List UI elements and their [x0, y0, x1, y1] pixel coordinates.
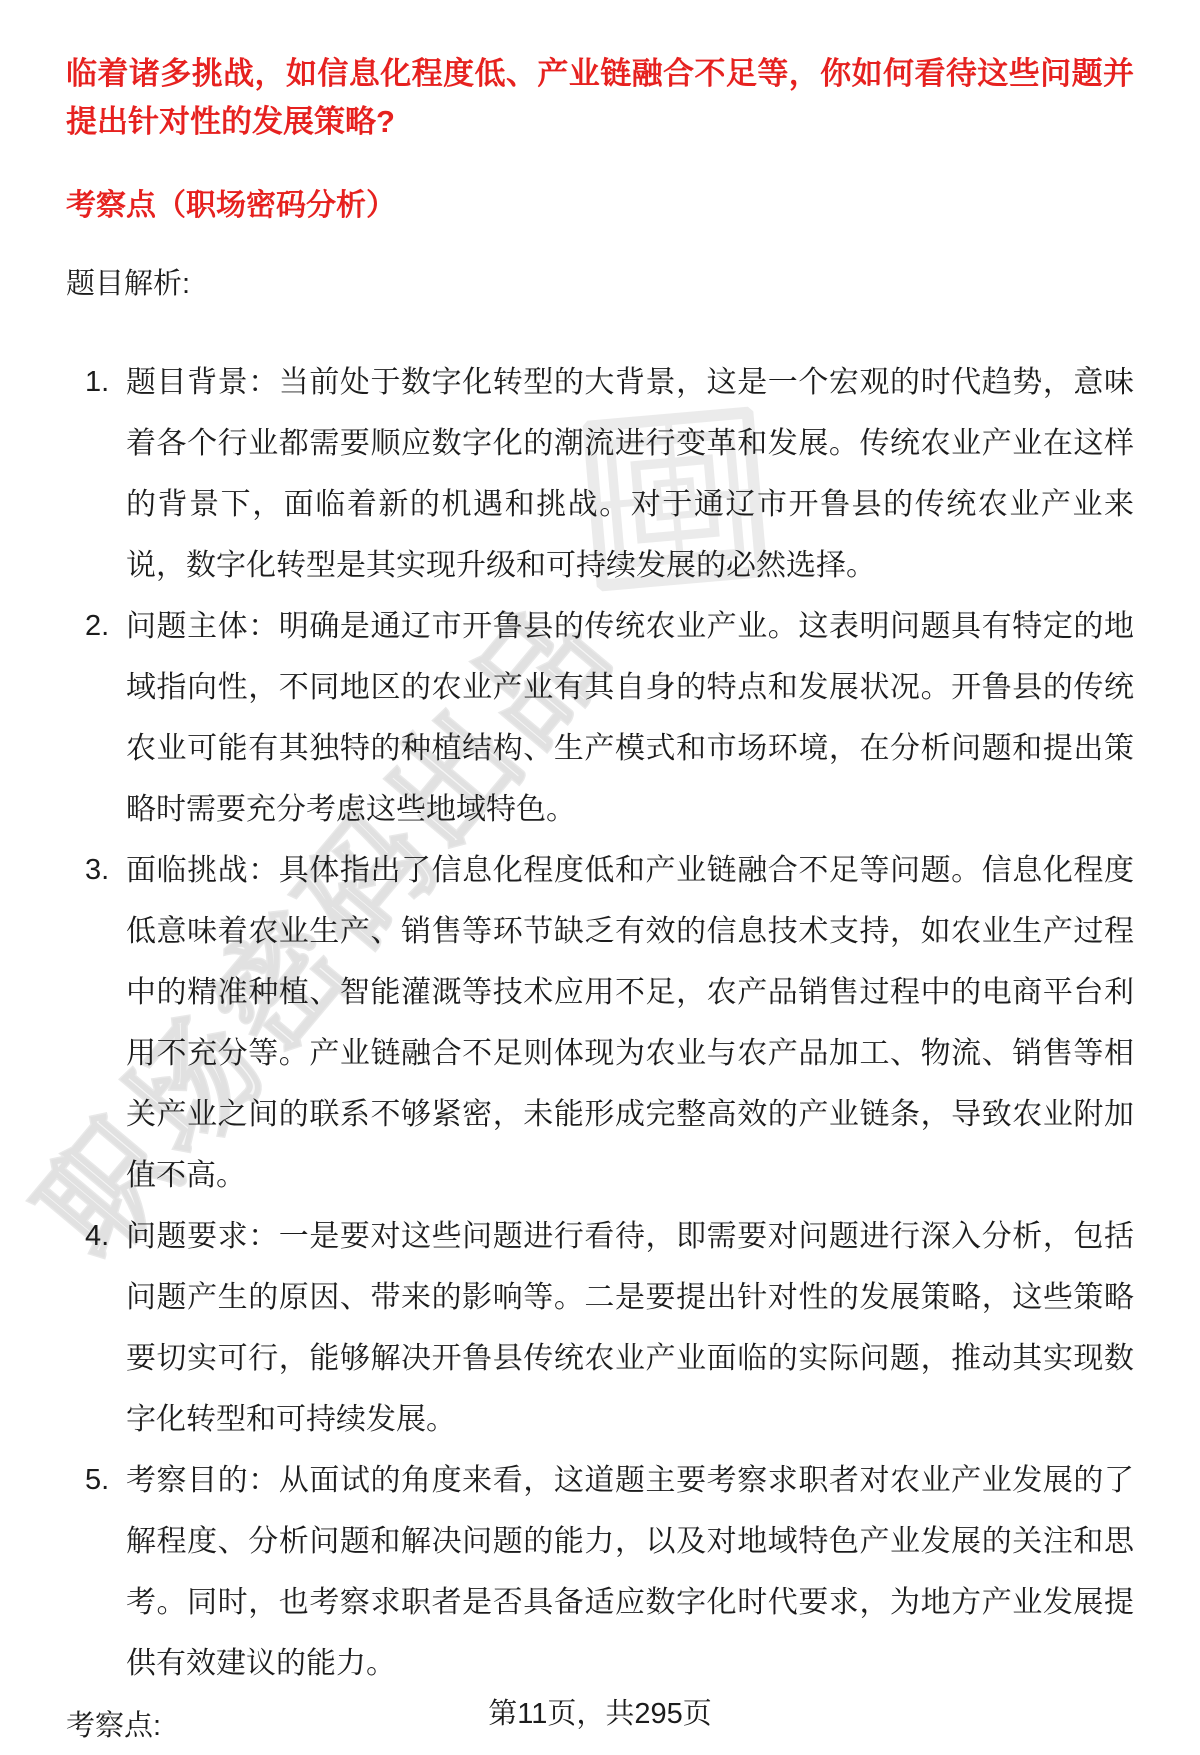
page-number-info: 第11页，共295页	[488, 1698, 712, 1730]
list-item: 2. 问题主体：明确是通辽市开鲁县的传统农业产业。这表明问题具有特定的地域指向性…	[66, 596, 1134, 840]
section-heading-exam-points-analysis: 考察点（职场密码分析）	[66, 184, 1134, 228]
list-item-text: 题目背景：当前处于数字化转型的大背景，这是一个宏观的时代趋势，意味着各个行业都需…	[126, 352, 1134, 596]
list-item-text: 问题要求：一是要对这些问题进行看待，即需要对问题进行深入分析，包括问题产生的原因…	[126, 1206, 1134, 1450]
list-item-text: 问题主体：明确是通辽市开鲁县的传统农业产业。这表明问题具有特定的地域指向性，不同…	[126, 596, 1134, 840]
list-item-number: 1.	[85, 352, 126, 413]
list-item-text: 考察目的：从面试的角度来看，这道题主要考察求职者对农业产业发展的了解程度、分析问…	[126, 1450, 1134, 1694]
question-heading: 临着诸多挑战，如信息化程度低、产业链融合不足等，你如何看待这些问题并提出针对性的…	[66, 50, 1134, 146]
list-item-number: 3.	[85, 840, 126, 901]
analysis-label: 题目解析:	[66, 262, 1134, 306]
list-item-text: 面临挑战：具体指出了信息化程度低和产业链融合不足等问题。信息化程度低意味着农业生…	[126, 840, 1134, 1206]
analysis-list: 1. 题目背景：当前处于数字化转型的大背景，这是一个宏观的时代趋势，意味着各个行…	[66, 352, 1134, 1694]
list-item-number: 5.	[85, 1450, 126, 1511]
list-item: 5. 考察目的：从面试的角度来看，这道题主要考察求职者对农业产业发展的了解程度、…	[66, 1450, 1134, 1694]
list-item-number: 2.	[85, 596, 126, 657]
document-page: 职场密码出品 临着诸多挑战，如信息化程度低、产业链融合不足等，你如何看待这些问题…	[0, 0, 1200, 1755]
list-item: 1. 题目背景：当前处于数字化转型的大背景，这是一个宏观的时代趋势，意味着各个行…	[66, 352, 1134, 596]
page-content: 临着诸多挑战，如信息化程度低、产业链融合不足等，你如何看待这些问题并提出针对性的…	[0, 0, 1200, 1746]
list-item: 3. 面临挑战：具体指出了信息化程度低和产业链融合不足等问题。信息化程度低意味着…	[66, 840, 1134, 1206]
list-item-number: 4.	[85, 1206, 126, 1267]
list-item: 4. 问题要求：一是要对这些问题进行看待，即需要对问题进行深入分析，包括问题产生…	[66, 1206, 1134, 1450]
page-footer: 第11页，共295页	[0, 1695, 1200, 1733]
